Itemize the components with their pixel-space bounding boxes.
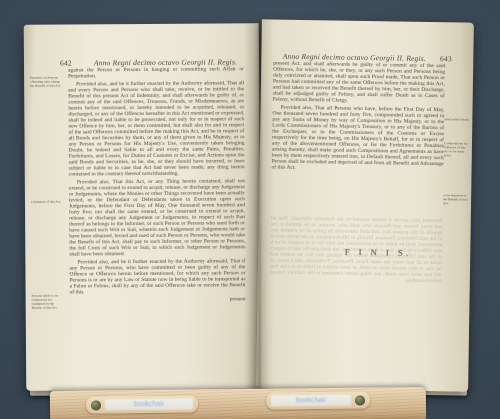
right-clip-label: bookchair (271, 395, 351, 407)
right-page: Anno Regni decimo octavo Georgii II. Reg… (256, 19, 474, 391)
right-margin-note-2: Compositions for Offences of this Act to… (444, 142, 470, 158)
left-margin-note-2: Limitation of this Act. (31, 201, 63, 205)
screw-icon (355, 395, 365, 405)
left-page-text: against the Person or Persons in hanging… (68, 66, 246, 305)
right-page-number: 643 (440, 54, 452, 63)
left-page: 642 Anno Regni decimo octavo Georgii II.… (24, 23, 262, 391)
left-margin-note-3: Persons liable to be transported not exe… (32, 295, 64, 311)
bookstand-right-clip: bookchair (266, 391, 370, 409)
left-page-number: 642 (60, 58, 72, 67)
left-paragraph-1: Provided also, and be it further enacted… (68, 80, 245, 178)
finis-text: F I N I S. (318, 246, 438, 258)
right-margin-note-3: or be deprived of the Benefit of this Ac… (443, 194, 469, 206)
screw-icon (91, 400, 101, 410)
right-paragraph-2: Provided also, That all Persons who have… (272, 104, 445, 173)
right-page-text: present Act, and shall afterwards be gui… (272, 61, 446, 176)
right-margin-note-1: shall suffer Death. (444, 118, 470, 122)
verso-show-through-text: Provided also, and be it further enacted… (269, 216, 443, 359)
left-paragraph-2: Provided also, That this Act, or any Thi… (69, 178, 246, 258)
left-continuation: against the Person or Persons in hanging… (68, 66, 244, 79)
right-paragraph-1: present Act, and shall afterwards be gui… (273, 61, 446, 106)
bookstand-left-clip: bookchair (86, 395, 198, 413)
left-paragraph-3: Provided also, and be it further enacted… (69, 258, 245, 296)
left-clip-label: bookchair (105, 398, 193, 410)
left-catchword: present (70, 296, 246, 303)
book-photo: 642 Anno Regni decimo octavo Georgii II.… (0, 0, 500, 419)
left-margin-note-1: Penalties on Persons offending after tak… (30, 77, 62, 89)
